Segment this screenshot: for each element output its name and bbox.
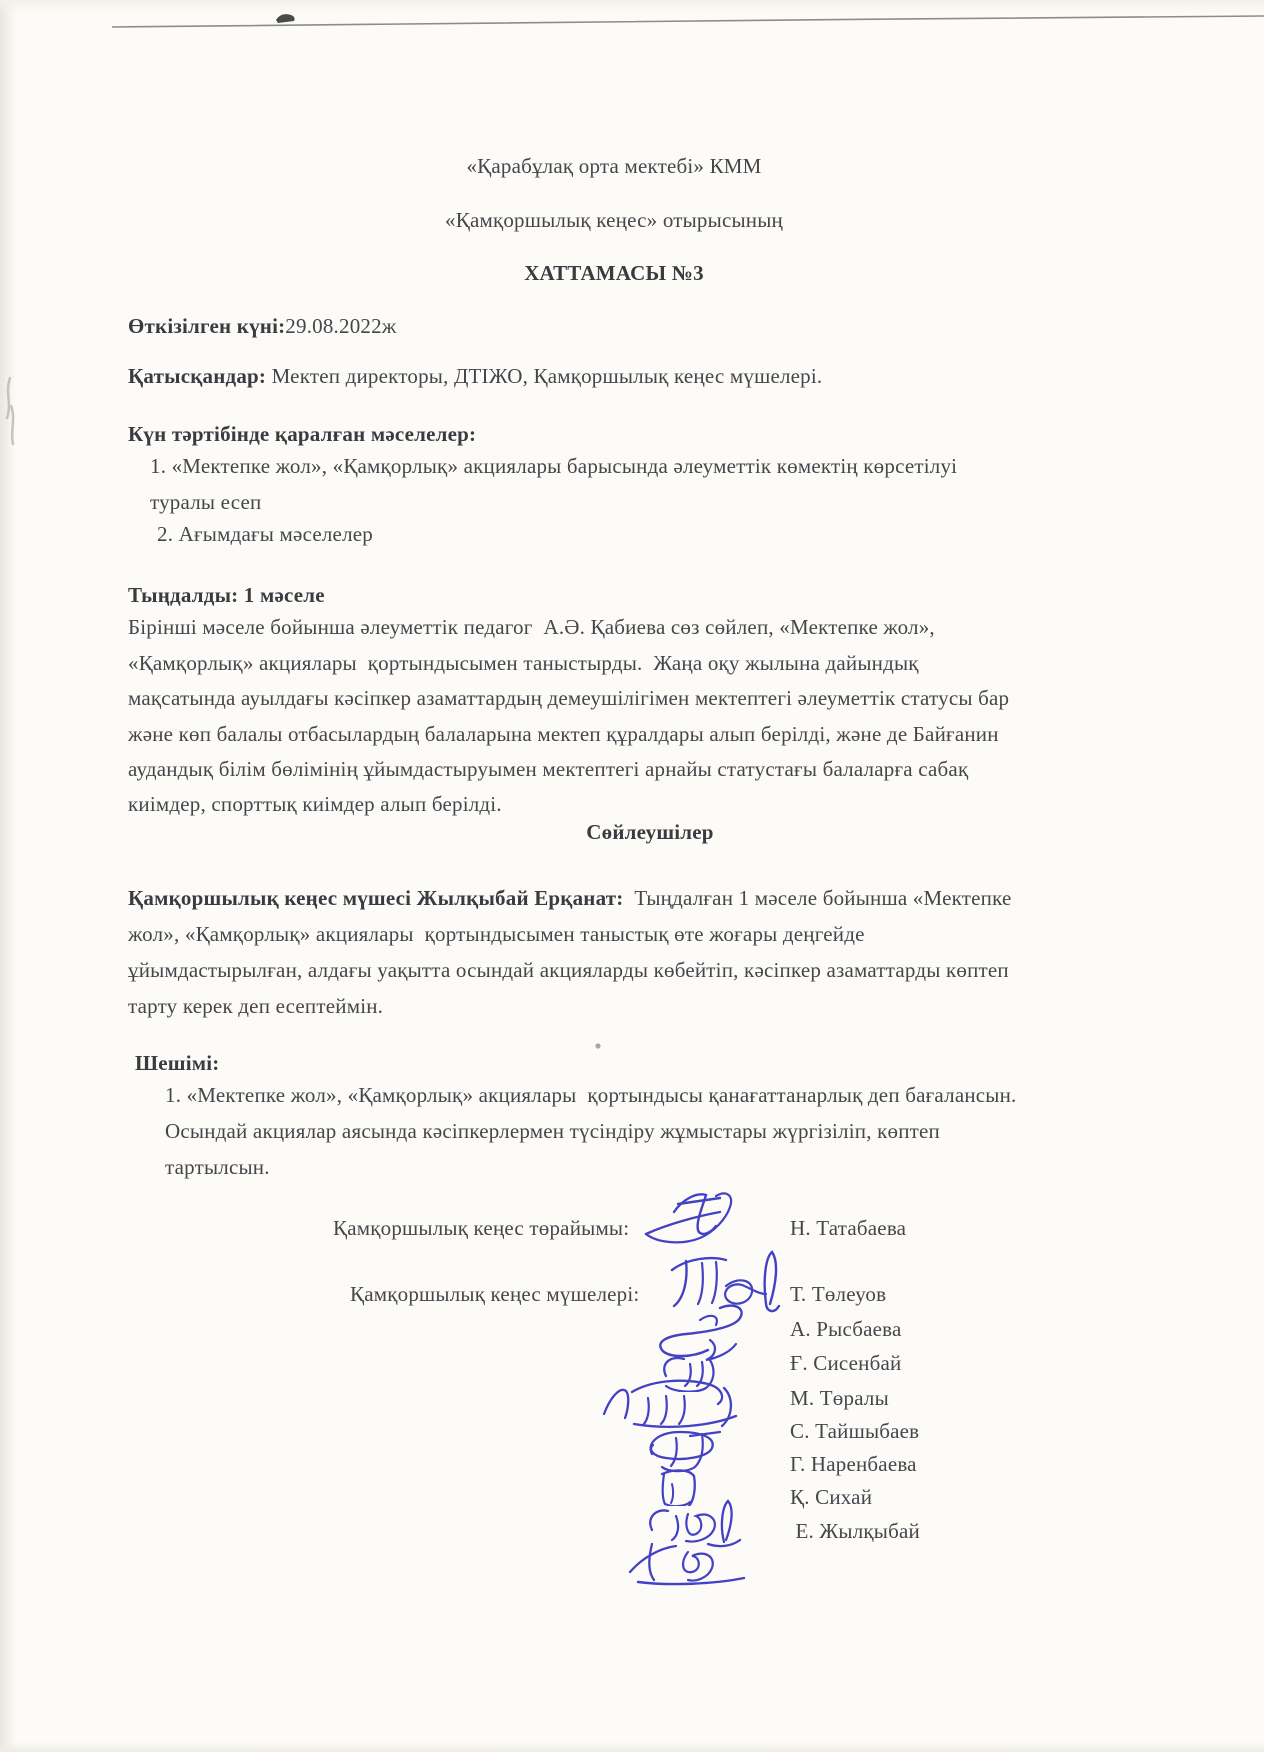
scan-edge-bottom (0, 1742, 1264, 1752)
decision-heading: Шешімі: (135, 1049, 219, 1077)
member-name: Қ. Сихай (790, 1483, 872, 1511)
scan-smudge-left (0, 372, 30, 462)
member-name: Г. Наренбаева (790, 1450, 917, 1478)
speaker-name-label: Қамқоршылық кеңес мүшесі Жылқыбай Ерқана… (128, 886, 623, 910)
member-name: А. Рысбаева (790, 1315, 902, 1343)
meeting-title: «Қамқоршылық кеңес» отырысының (0, 206, 1264, 234)
agenda-item-1-line-2: туралы есеп (150, 488, 261, 516)
agenda-item-1-line-1: 1. «Мектепке жол», «Қамқорлық» акциялары… (150, 452, 957, 480)
participants-label: Қатысқандар: (128, 364, 266, 388)
listened-line: және көп балалы отбасылардың балаларына … (128, 720, 999, 748)
protocol-title: ХАТТАМАСЫ №3 (0, 259, 1264, 287)
member-name: Т. Төлеуов (790, 1280, 886, 1308)
decision-line: Осындай акциялар аясында кәсіпкерлермен … (165, 1117, 940, 1145)
chair-label: Қамқоршылық кеңес төрайымы: (333, 1214, 629, 1242)
agenda-item-2: 2. Ағымдағы мәселелер (157, 520, 373, 548)
scanned-protocol-document: { "header": { "org_line": "«Қарабұлақ ор… (0, 0, 1264, 1752)
speakers-heading: Сөйлеушілер (36, 818, 1264, 846)
decision-line: 1. «Мектепке жол», «Қамқорлық» акциялары… (165, 1081, 1017, 1109)
listened-line: аудандық білім бөлімінің ұйымдастыруымен… (128, 755, 968, 783)
speaker-line: ұйымдастырылған, алдағы уақытта осындай … (128, 956, 1009, 984)
document-page: «Қарабұлақ орта мектебі» КММ «Қамқоршылы… (0, 0, 1264, 1752)
listened-line: киімдер, спорттық киімдер алып берілді. (128, 790, 502, 818)
scan-dot-artifact (592, 1040, 606, 1054)
member-name: Е. Жылқыбай (790, 1517, 920, 1545)
member-name: М. Төралы (790, 1384, 889, 1412)
listened-line: «Қамқорлық» акциялары қортындысымен таны… (128, 649, 919, 677)
scan-line-artifact (0, 0, 1264, 40)
date-label: Өткізілген күні: (128, 314, 285, 338)
speaker-line: тарту керек деп есептеймін. (128, 992, 383, 1020)
participants-line: Қатысқандар: Мектеп директоры, ДТІЖО, Қа… (128, 362, 822, 390)
member-name: Ғ. Сисенбай (790, 1349, 901, 1377)
speaker-line: жол», «Қамқорлық» акциялары қортындысыме… (128, 920, 865, 948)
signature-member-zhylkybai-icon (622, 1532, 768, 1586)
signature-chair-icon (640, 1186, 758, 1248)
decision-line: тартылсын. (165, 1153, 270, 1181)
listened-line: мақсатында ауылдағы кәсіпкер азаматтарды… (128, 684, 1009, 712)
agenda-heading: Күн тәртібінде қаралған мәселелер: (128, 420, 476, 448)
speaker-line: Қамқоршылық кеңес мүшесі Жылқыбай Ерқана… (128, 884, 1012, 912)
member-name: С. Тайшыбаев (790, 1417, 919, 1445)
org-title: «Қарабұлақ орта мектебі» КММ (0, 152, 1264, 180)
chair-name: Н. Татабаева (790, 1214, 906, 1242)
date-line: Өткізілген күні:29.08.2022ж (128, 312, 397, 340)
listened-line: Бірінші мәселе бойынша әлеуметтік педаго… (128, 613, 935, 641)
speaker-line-rest: Тыңдалған 1 мәселе бойынша «Мектепке (623, 886, 1011, 910)
date-value: 29.08.2022ж (285, 314, 396, 338)
members-label: Қамқоршылық кеңес мүшелері: (350, 1280, 639, 1308)
listened-heading: Тыңдалды: 1 мәселе (128, 581, 325, 609)
participants-value: Мектеп директоры, ДТІЖО, Қамқоршылық кең… (266, 364, 822, 388)
